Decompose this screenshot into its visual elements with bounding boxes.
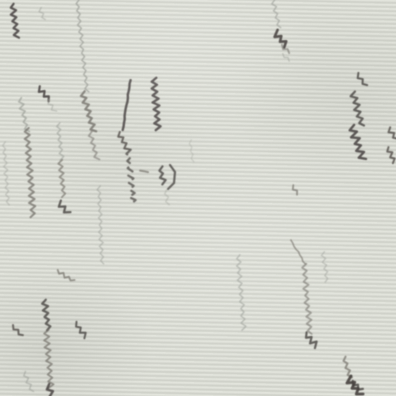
fabric-detail-layer — [0, 0, 396, 396]
grain-noise-layer — [0, 0, 396, 396]
fabric-texture-photo — [0, 0, 396, 396]
